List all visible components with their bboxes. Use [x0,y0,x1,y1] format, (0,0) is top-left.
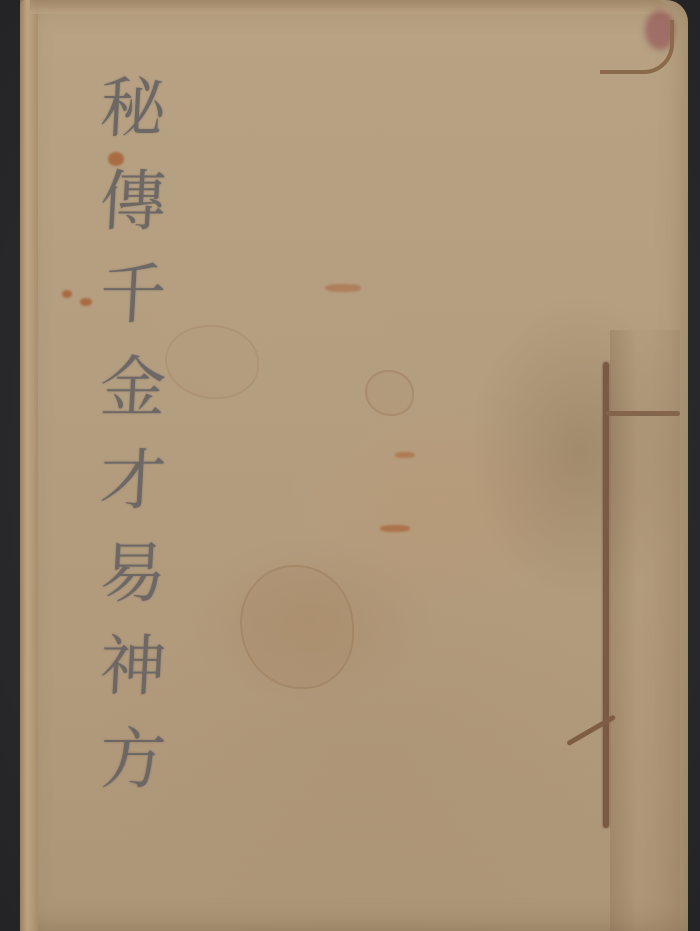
rust-spot [395,452,415,458]
binding-spine-area [610,330,680,931]
title-char: 方 [98,713,169,806]
binding-thread-top [600,20,674,74]
title-char: 神 [98,620,169,713]
binding-thread-vertical [603,362,609,828]
title-char: 千 [98,248,169,341]
binding-thread-horizontal [606,411,680,416]
rust-spot [62,290,72,298]
title-char: 金 [98,341,169,434]
title-char: 易 [98,527,169,620]
cover-top-edge [30,0,670,14]
handwritten-title: 秘 傳 千 金 才 易 神 方 [78,62,188,806]
rust-spot [325,284,361,292]
title-char: 傳 [98,155,169,248]
title-char: 秘 [98,62,169,155]
cover-left-edge [20,0,38,931]
water-stain [365,370,414,416]
title-char: 才 [98,434,169,527]
rust-spot [380,525,410,532]
